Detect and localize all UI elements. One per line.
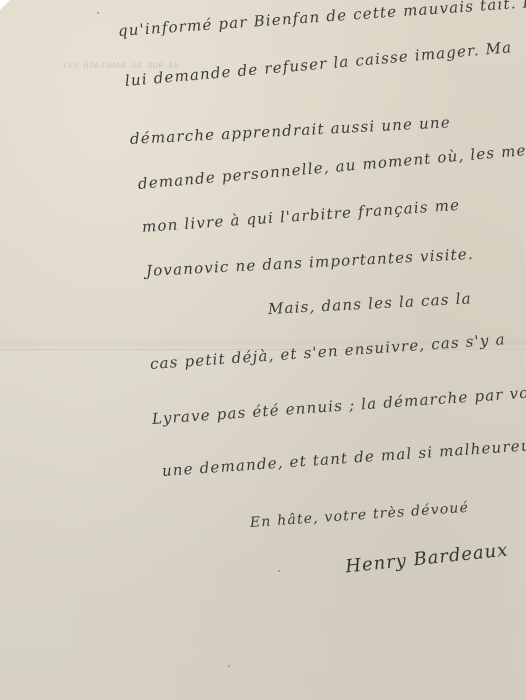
letter-closing: En hâte, votre très dévoué — [249, 500, 469, 531]
letter-line-5: mon livre à qui l'arbitre français me — [141, 196, 460, 236]
letter-line-7: Mais, dans les la cas la — [268, 289, 473, 318]
signature: Henry Bardeaux — [344, 540, 509, 578]
torn-corner — [0, 0, 10, 10]
letter-line-8: cas petit déjà, et s'en ensuivre, cas s'… — [149, 330, 506, 373]
paper-speck — [228, 665, 230, 667]
paper-speck — [97, 12, 99, 14]
letter-line-4: demande personnelle, au moment où, les m… — [137, 140, 526, 193]
letter-line-9: Lyrave pas été ennuis ; la démarche par … — [151, 382, 526, 428]
letter-line-10: une demande, et tant de mal si malheureu… — [161, 435, 526, 480]
letter-line-3: démarche apprendrait aussi une une — [130, 113, 452, 148]
letter-line-1: qu'informé par Bienfan de cette mauvais … — [117, 0, 526, 40]
letter-line-2: lui demande de refuser la caisse imager.… — [124, 38, 513, 90]
letter-line-6: Jovanovic ne dans importantes visite. — [146, 245, 475, 280]
letter-page: 44 RUE DU RANELAGH XVI qu'informé par Bi… — [0, 0, 526, 700]
paper-speck — [278, 570, 280, 572]
